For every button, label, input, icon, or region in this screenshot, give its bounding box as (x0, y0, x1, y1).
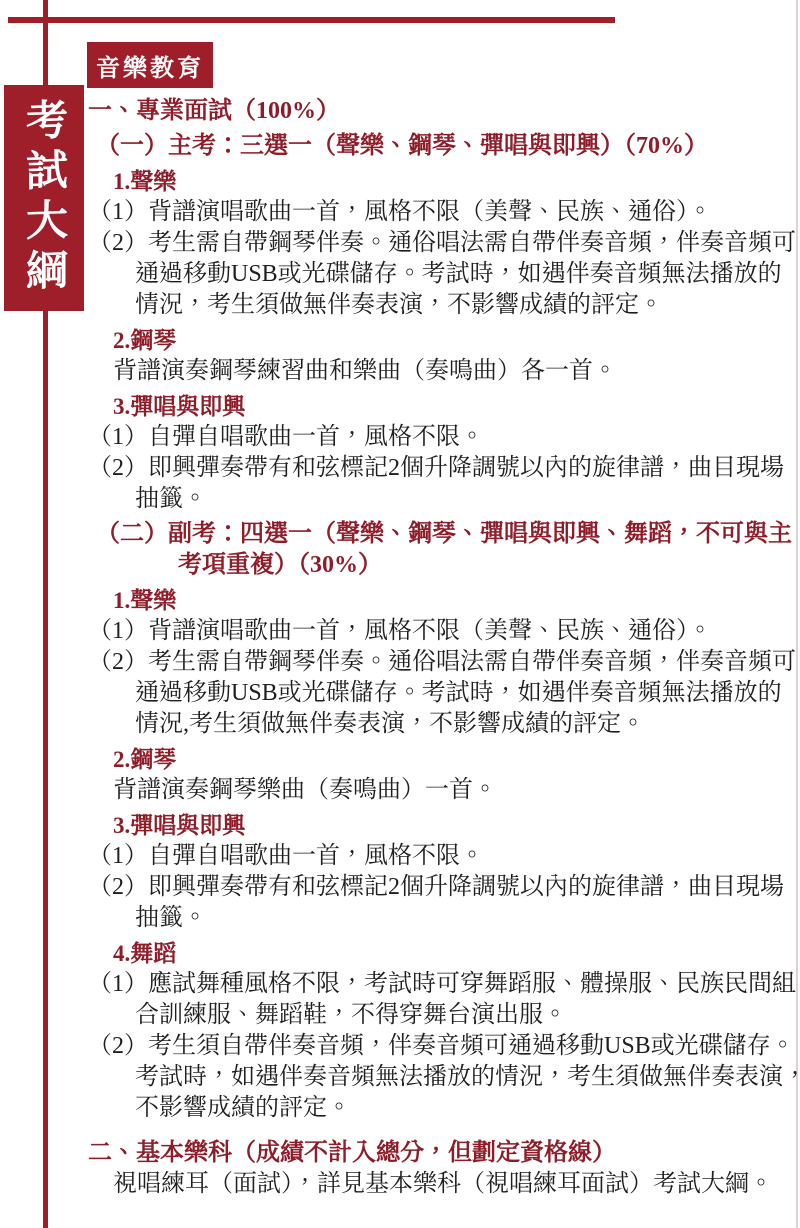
body-line: 背譜演奏鋼琴練習曲和樂曲（奏鳴曲）各一首。 (88, 356, 778, 387)
body-line: （2）考生需自帶鋼琴伴奏。通俗唱法需自帶伴奏音頻，伴奏音頻可 (88, 228, 778, 259)
item-heading-sing-play-improv: 3.彈唱與即興 (88, 810, 778, 841)
body-line: （2）即興彈奏帶有和弦標記2個升降調號以內的旋律譜，曲目現場 (88, 872, 778, 903)
body-line: （1）背譜演唱歌曲一首，風格不限（美聲、民族、通俗）。 (88, 616, 778, 647)
heading-main-exam: （一）主考：三選一（聲樂、鋼琴、彈唱與即興）（70%） (88, 131, 778, 162)
body-line: 背譜演奏鋼琴樂曲（奏鳴曲）一首。 (88, 775, 778, 806)
body-line: （2）考生須自帶伴奏音頻，伴奏音頻可通過移動USB或光碟儲存。 (88, 1031, 778, 1062)
right-edge-hairline (796, 0, 798, 1228)
body-line: 情況,考生須做無伴奏表演，不影響成績的評定。 (88, 709, 778, 740)
body-line: （1）背譜演唱歌曲一首，風格不限（美聲、民族、通俗）。 (88, 197, 778, 228)
body-line: 不影響成績的評定。 (88, 1093, 778, 1124)
body-line: 通過移動USB或光碟儲存。考試時，如遇伴奏音頻無法播放的 (88, 259, 778, 290)
body-line: （1）自彈自唱歌曲一首，風格不限。 (88, 422, 778, 453)
heading-secondary-exam: （二）副考：四選一（聲樂、鋼琴、彈唱與即興、舞蹈，不可與主 (88, 519, 778, 550)
body-line: （1）自彈自唱歌曲一首，風格不限。 (88, 841, 778, 872)
item-heading-sing-play-improv: 3.彈唱與即興 (88, 391, 778, 422)
body-line: 視唱練耳（面試），詳見基本樂科（視唱練耳面試）考試大綱。 (88, 1169, 778, 1200)
item-heading-dance: 4.舞蹈 (88, 938, 778, 969)
program-badge-label: 音樂教育 (96, 48, 204, 83)
exam-outline-banner: 考試大綱 (4, 85, 84, 311)
item-heading-piano: 2.鋼琴 (88, 744, 778, 775)
body-line: 抽籤。 (88, 484, 778, 515)
heading-professional-interview: 一、專業面試（100%） (88, 96, 778, 127)
body-line: 情況，考生須做無伴奏表演，不影響成績的評定。 (88, 290, 778, 321)
body-line: （2）考生需自帶鋼琴伴奏。通俗唱法需自帶伴奏音頻，伴奏音頻可 (88, 647, 778, 678)
body-line: 通過移動USB或光碟儲存。考試時，如遇伴奏音頻無法播放的 (88, 678, 778, 709)
program-badge: 音樂教育 (87, 42, 213, 88)
syllabus-content: 一、專業面試（100%） （一）主考：三選一（聲樂、鋼琴、彈唱與即興）（70%）… (88, 96, 778, 1200)
item-heading-vocal: 1.聲樂 (88, 166, 778, 197)
body-line: （2）即興彈奏帶有和弦標記2個升降調號以內的旋律譜，曲目現場 (88, 453, 778, 484)
body-line: 考試時，如遇伴奏音頻無法播放的情況，考生須做無伴奏表演， (88, 1062, 778, 1093)
banner-vertical-text: 考試大綱 (14, 97, 74, 299)
heading-secondary-exam-cont: 考項重複）（30%） (88, 550, 778, 581)
body-line: 抽籤。 (88, 903, 778, 934)
body-line: （1）應試舞種風格不限，考試時可穿舞蹈服、體操服、民族民間組 (88, 969, 778, 1000)
body-line: 合訓練服、舞蹈鞋，不得穿舞台演出服。 (88, 1000, 778, 1031)
item-heading-piano: 2.鋼琴 (88, 325, 778, 356)
top-rule (8, 17, 615, 23)
heading-basic-music-course: 二、基本樂科（成績不計入總分，但劃定資格線） (88, 1138, 778, 1169)
item-heading-vocal: 1.聲樂 (88, 585, 778, 616)
